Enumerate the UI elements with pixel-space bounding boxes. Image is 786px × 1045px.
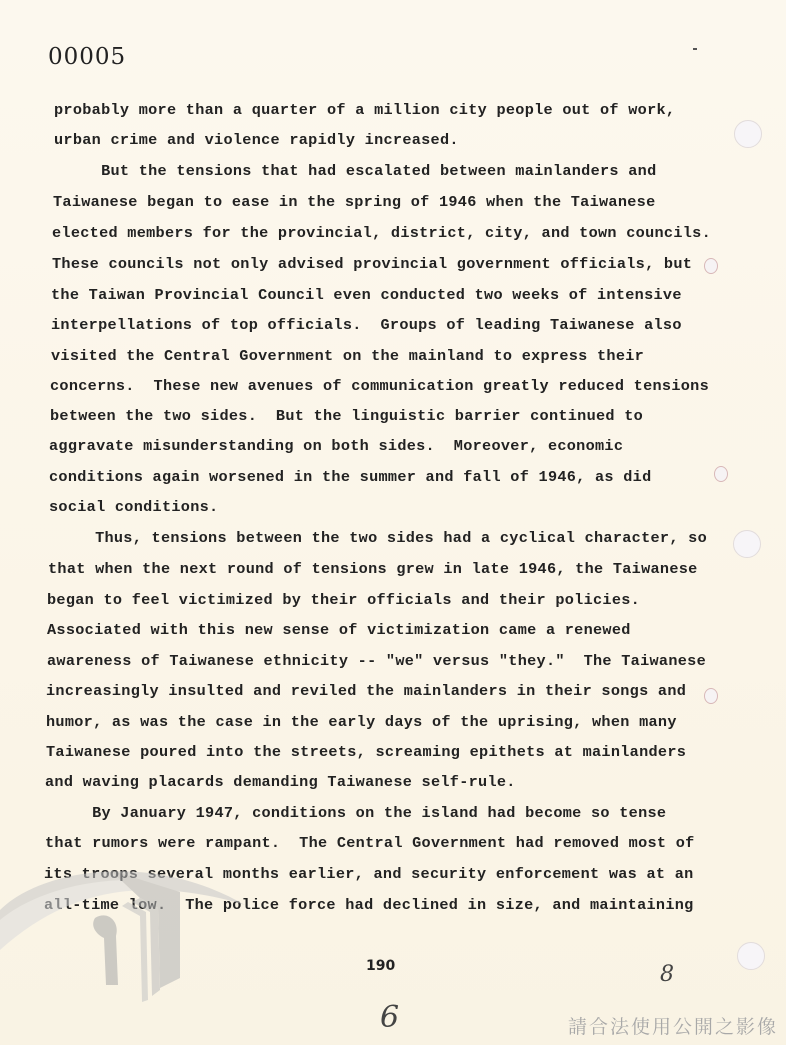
punch-mark-icon <box>714 466 728 482</box>
text-line: Associated with this new sense of victim… <box>47 621 631 639</box>
text-line: awareness of Taiwanese ethnicity -- "we"… <box>47 652 706 670</box>
text-line: visited the Central Government on the ma… <box>51 347 644 365</box>
text-line: These councils not only advised provinci… <box>52 255 692 273</box>
text-line: By January 1947, conditions on the islan… <box>45 804 666 822</box>
text-line: conditions again worsened in the summer … <box>49 468 652 486</box>
watermark-text: 請合法使用公開之影像 <box>568 1012 778 1039</box>
text-line: But the tensions that had escalated betw… <box>54 162 657 180</box>
text-line: Thus, tensions between the two sides had… <box>48 529 707 547</box>
punch-hole-icon <box>734 120 762 148</box>
archive-logo-icon <box>0 850 260 1010</box>
punch-mark-icon <box>704 688 718 704</box>
punch-mark-icon <box>704 258 718 274</box>
page-number: 190 <box>366 958 395 974</box>
text-line: elected members for the provincial, dist… <box>52 224 711 242</box>
handwritten-mark-6: 6 <box>380 1000 399 1035</box>
text-line: that when the next round of tensions gre… <box>48 560 698 578</box>
handwritten-mark-8: 8 <box>660 962 674 987</box>
text-line: social conditions. <box>49 498 218 516</box>
document-id: 00005 <box>48 44 126 70</box>
text-line: interpellations of top officials. Groups… <box>51 316 682 334</box>
text-line: and waving placards demanding Taiwanese … <box>45 773 516 791</box>
text-line: probably more than a quarter of a millio… <box>54 101 675 119</box>
punch-hole-icon <box>733 530 761 558</box>
text-line: Taiwanese poured into the streets, screa… <box>46 743 686 761</box>
text-line: urban crime and violence rapidly increas… <box>54 131 459 149</box>
text-line: humor, as was the case in the early days… <box>46 713 677 731</box>
text-line: Taiwanese began to ease in the spring of… <box>53 193 656 211</box>
text-line: began to feel victimized by their offici… <box>47 591 640 609</box>
punch-hole-icon <box>737 942 765 970</box>
speck-icon <box>693 48 697 50</box>
text-line: increasingly insulted and reviled the ma… <box>46 682 686 700</box>
text-line: concerns. These new avenues of communica… <box>50 377 709 395</box>
text-line: aggravate misunderstanding on both sides… <box>49 437 623 455</box>
text-line: the Taiwan Provincial Council even condu… <box>51 286 682 304</box>
text-line: between the two sides. But the linguisti… <box>50 407 643 425</box>
document-page: 00005 probably more than a quarter of a … <box>0 0 786 1045</box>
